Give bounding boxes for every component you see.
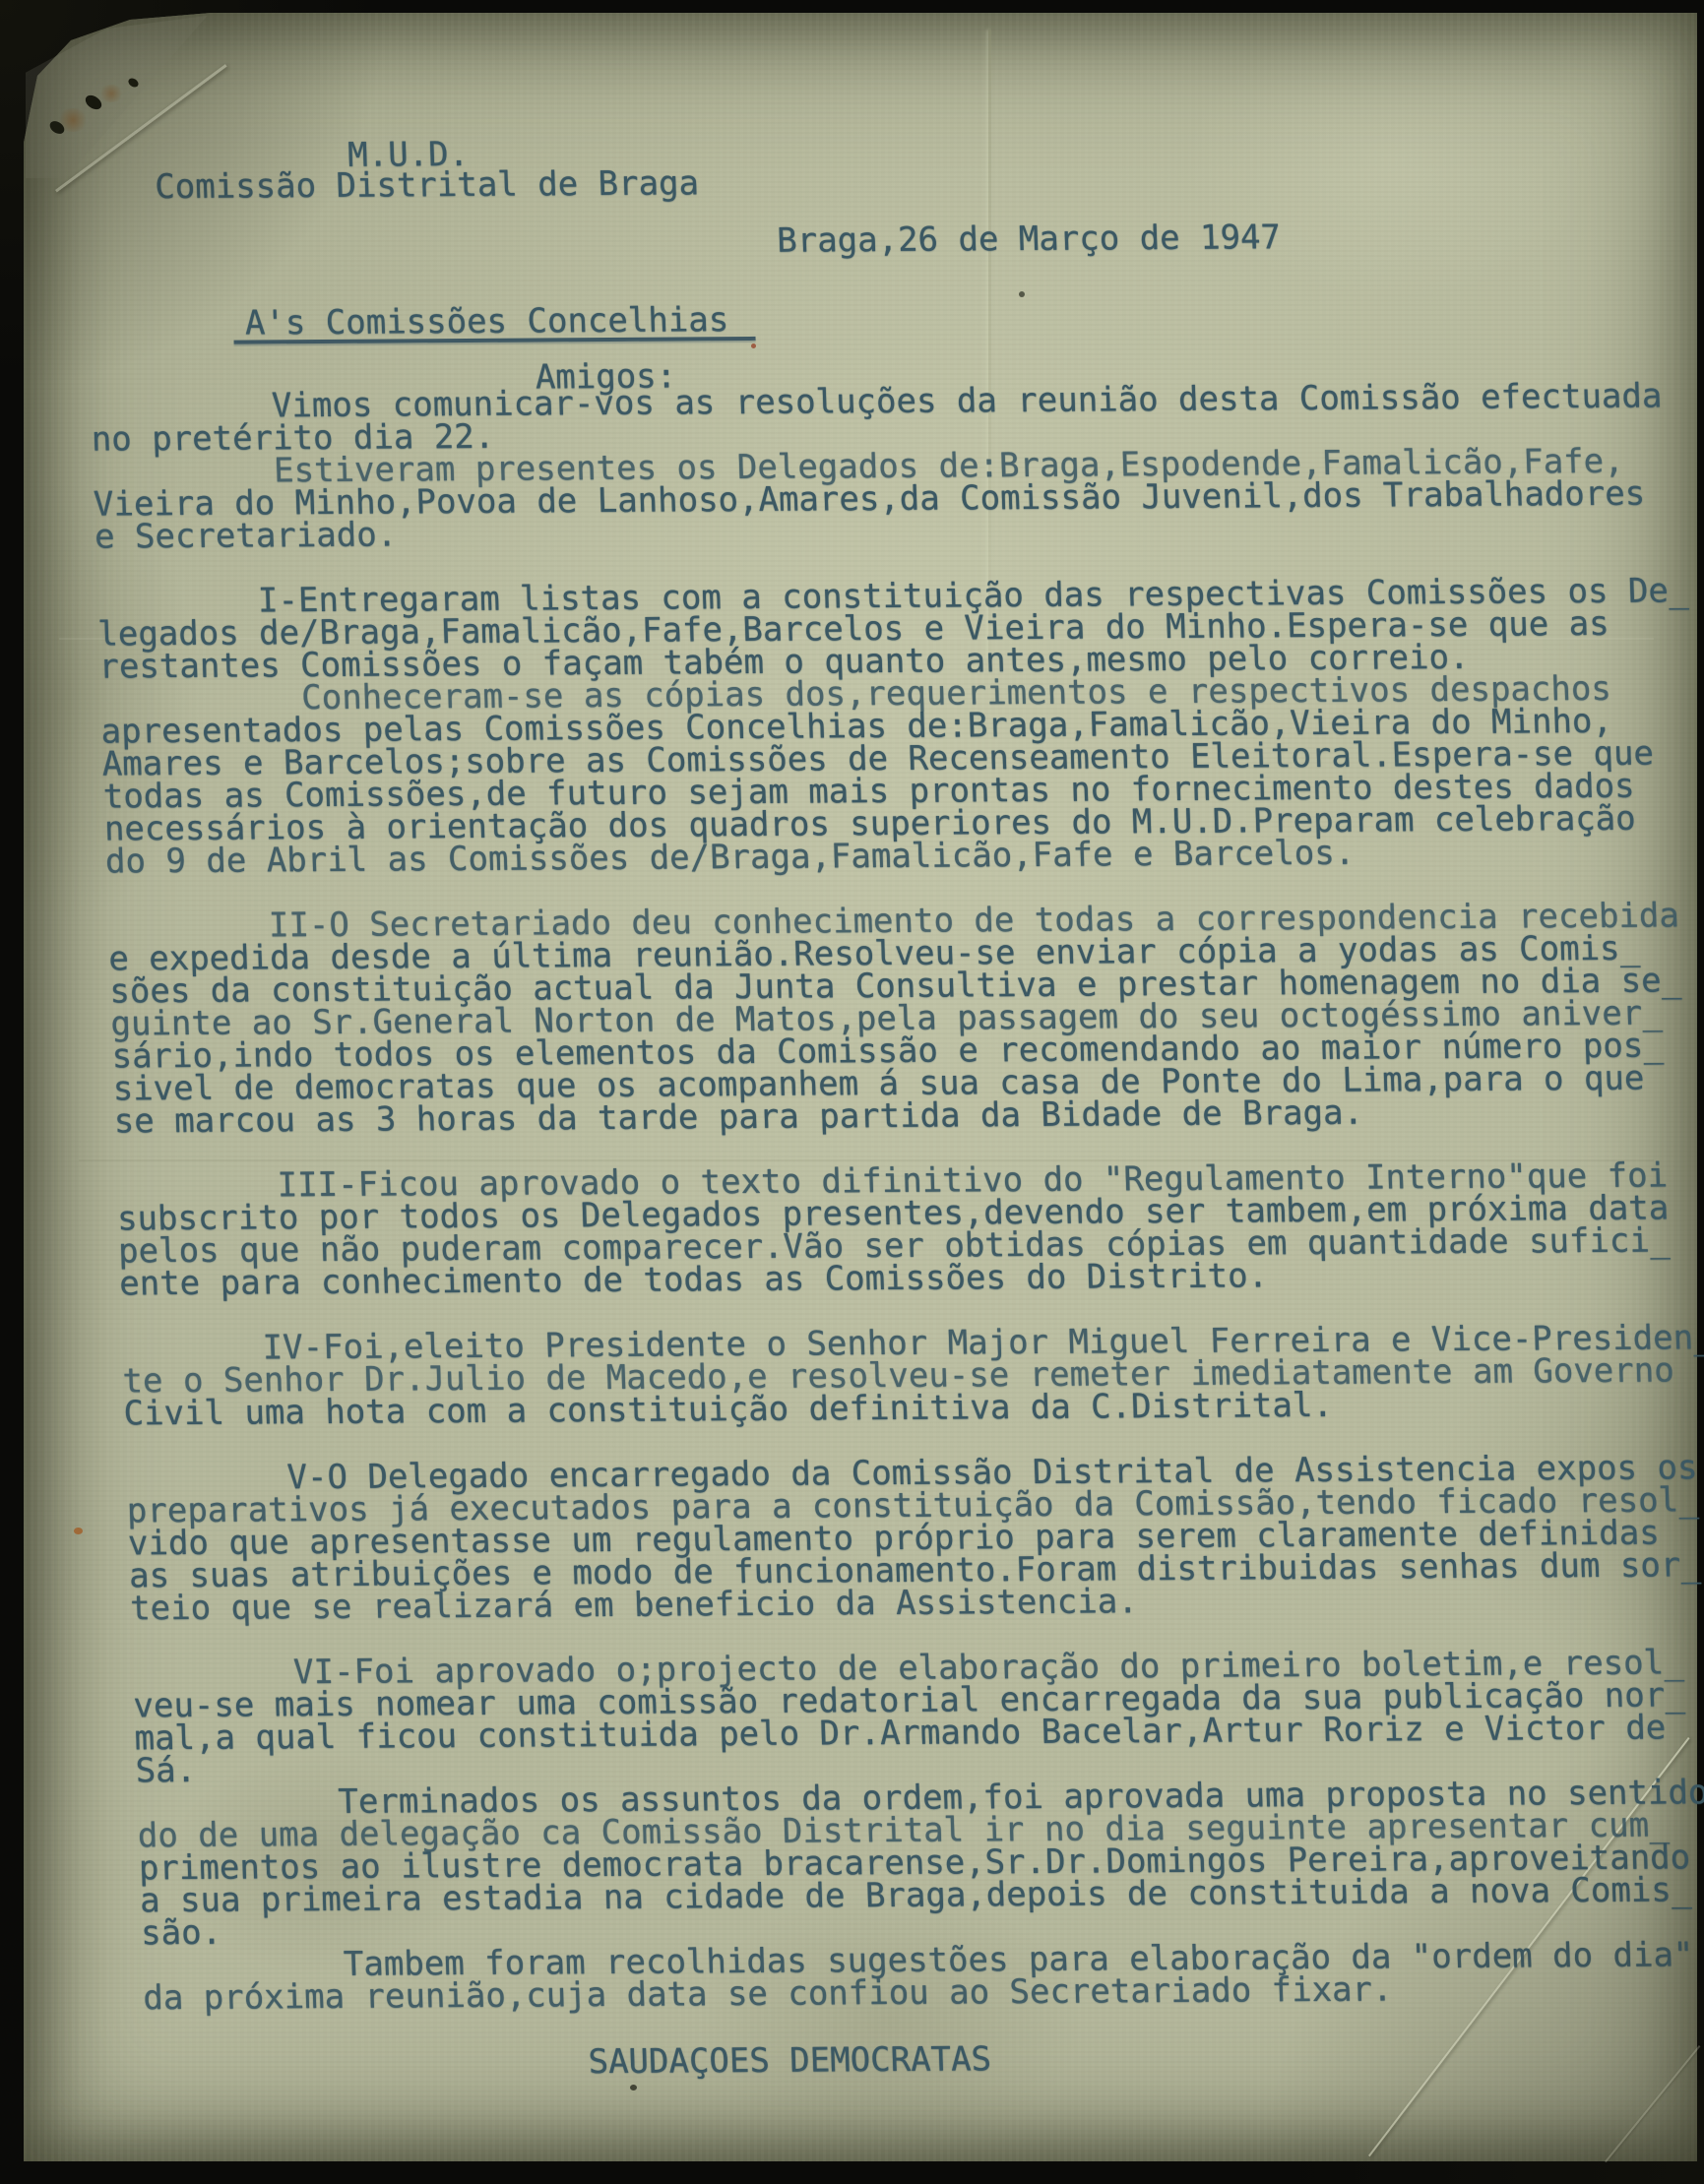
typed-text-layer: M.U.D. Comissão Distrital de Braga Braga…: [0, 0, 1704, 2184]
typed-line: mal,a qual ficou constituida pelo Dr.Arm…: [134, 1712, 1704, 1755]
dateline: Braga,26 de Março de 1947: [777, 221, 1282, 258]
typed-line: III-Ficou aprovado o texto difinitivo do…: [115, 1159, 1704, 1203]
scanned-letter-page: M.U.D. Comissão Distrital de Braga Braga…: [0, 0, 1704, 2184]
letter-body: Vimos comunicar-vos as resoluções da reu…: [90, 380, 1704, 2015]
closing-line: SAUDAÇOES DEMOCRATAS: [588, 2043, 991, 2079]
typed-line: guinte ao Sr.General Norton de Matos,pel…: [110, 997, 1703, 1040]
typed-line: preparativos já executados para a consti…: [126, 1484, 1704, 1528]
letterhead-org-name: Comissão Distrital de Braga: [155, 167, 700, 204]
typed-line: a sua primeira estadia na cidade de Brag…: [140, 1874, 1704, 1917]
typed-line: pelos que não puderam comparecer.Vão ser…: [118, 1224, 1704, 1268]
addressee-line: A's Comissões Concelhias: [244, 304, 728, 340]
typed-line: te o Senhor Dr.Julio de Macedo,e resolve…: [122, 1354, 1704, 1398]
typed-line: do de uma delegação ca Comissão Distrita…: [137, 1809, 1704, 1852]
typed-line: Conheceram-se as cópias dos,requerimento…: [99, 672, 1692, 716]
typed-line: da próxima reunião,cuja data se confiou …: [143, 1971, 1704, 2015]
typed-line: II-O Secretariado deu conhecimento de to…: [107, 900, 1700, 943]
typed-line: VI-Foi aprovado o;projecto de elaboração…: [132, 1647, 1704, 1690]
typed-line: Estiveram presentes os Delegados de:Brag…: [92, 445, 1684, 488]
